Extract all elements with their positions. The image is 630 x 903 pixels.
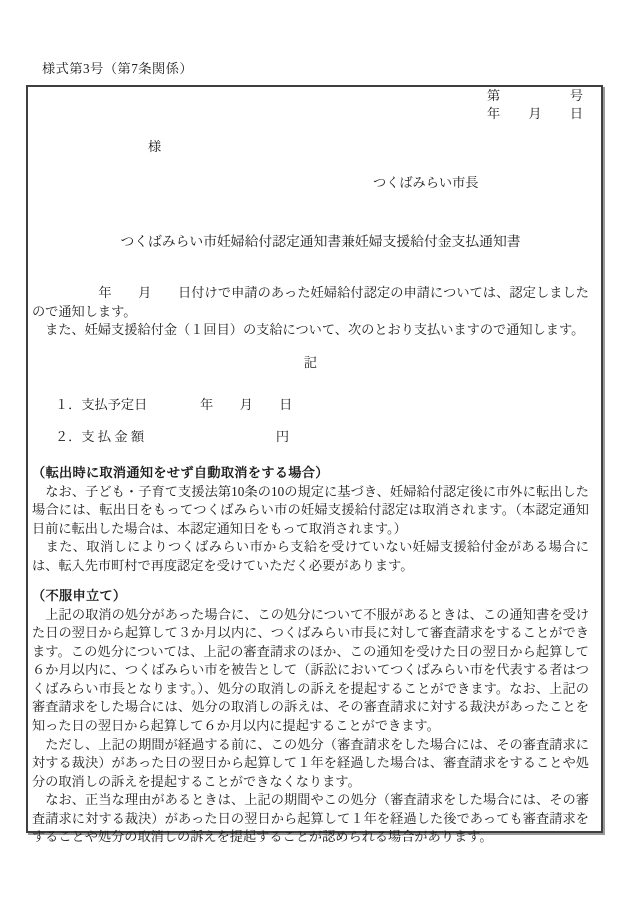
document-title: つくばみらい市妊婦給付認定通知書兼妊婦支援給付金支払通知書 (32, 232, 589, 251)
appeal-heading: （不服申立て） (32, 587, 589, 606)
sender-line: つくばみらい市長 (373, 174, 589, 192)
document-frame: 第 号 年 月 日 様 つくばみらい市長 つくばみらい市妊婦給付認定通知書兼妊婦… (26, 85, 603, 833)
doc-number-row: 第 号 (487, 87, 583, 105)
doc-number-block: 第 号 年 月 日 (487, 87, 583, 123)
appeal-section: （不服申立て） 上記の取消の処分があった場合に、この処分について不服があるときは… (32, 587, 589, 847)
addressee-honorific: 様 (148, 139, 161, 154)
addressee-line: 様 (148, 138, 589, 156)
date-day-label: 日 (570, 105, 583, 123)
document-page: 様式第3号（第7条関係） 第 号 年 月 日 様 つくばみらい市長 つくばみらい… (0, 0, 630, 903)
auto-cancel-heading: （転出時に取消通知をせず自動取消をする場合） (32, 464, 589, 483)
auto-cancel-section: （転出時に取消通知をせず自動取消をする場合） なお、子ども・子育て支援法第10条… (32, 464, 589, 575)
appeal-body: 上記の取消の処分があった場合に、この処分について不服があるときは、この通知書を受… (32, 606, 589, 847)
date-month-label: 月 (528, 105, 541, 123)
issue-date-row: 年 月 日 (487, 105, 583, 123)
doc-number-suffix: 号 (570, 87, 583, 105)
ki-label: 記 (32, 354, 589, 373)
form-number-label: 様式第3号（第7条関係） (42, 58, 193, 77)
auto-cancel-body: なお、子ども・子育て支援法第10条の10の規定に基づき、妊婦給付認定後に市外に転… (32, 483, 589, 576)
doc-number-prefix: 第 (487, 87, 500, 105)
payment-amount-item: ２．支 払 金 額 円 (32, 428, 589, 447)
payment-date-item: １．支払予定日 年 月 日 (32, 396, 589, 415)
intro-paragraphs: 年 月 日付けで申請のあった妊婦給付認定の申請については、認定しましたので通知し… (32, 284, 589, 340)
date-year-label: 年 (487, 105, 500, 123)
